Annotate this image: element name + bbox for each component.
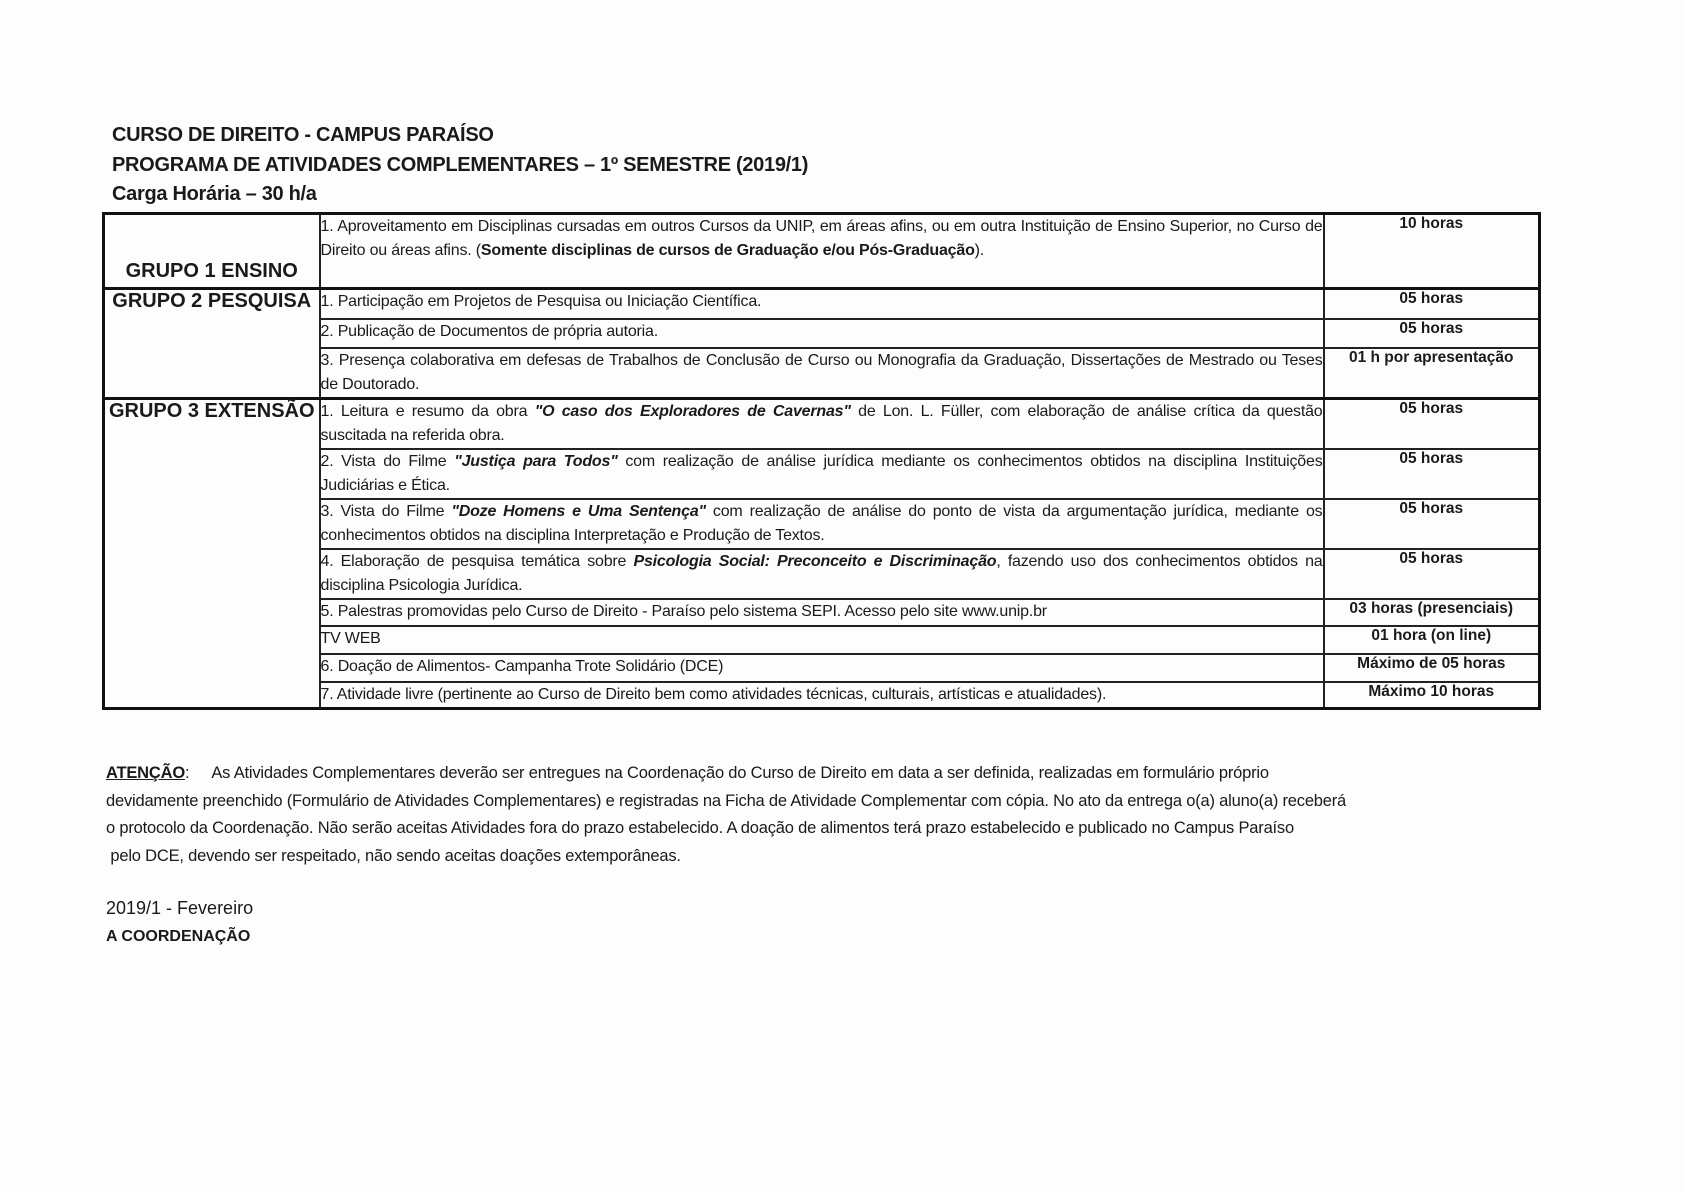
activity-desc: 1. Leitura e resumo da obra "O caso dos … bbox=[320, 398, 1324, 449]
notice-line: devidamente preenchido (Formulário de At… bbox=[106, 788, 1486, 816]
table-row: 7. Atividade livre (pertinente ao Curso … bbox=[104, 682, 1540, 709]
workload-title: Carga Horária – 30 h/a bbox=[112, 183, 317, 206]
table-row: 2. Vista do Filme "Justiça para Todos" c… bbox=[104, 449, 1540, 499]
activity-hours: Máximo 10 horas bbox=[1324, 682, 1540, 709]
activity-hours: 05 horas bbox=[1324, 549, 1540, 599]
group-3-label: GRUPO 3 EXTENSÃO bbox=[104, 398, 320, 709]
document-date: 2019/1 - Fevereiro bbox=[106, 898, 253, 919]
table-row: 5. Palestras promovidas pelo Curso de Di… bbox=[104, 599, 1540, 626]
activity-hours: 01 hora (on line) bbox=[1324, 626, 1540, 654]
signature: A COORDENAÇÃO bbox=[106, 928, 250, 946]
activity-desc: 2. Publicação de Documentos de própria a… bbox=[320, 319, 1324, 348]
activity-hours: 05 horas bbox=[1324, 499, 1540, 549]
notice-line: pelo DCE, devendo ser respeitado, não se… bbox=[106, 843, 1486, 871]
activity-desc: 7. Atividade livre (pertinente ao Curso … bbox=[320, 682, 1324, 709]
activity-desc: 6. Doação de Alimentos- Campanha Trote S… bbox=[320, 654, 1324, 682]
notice-label: ATENÇÃO bbox=[106, 764, 185, 782]
activity-hours: 05 horas bbox=[1324, 398, 1540, 449]
notice-paragraph: ATENÇÃO:As Atividades Complementares dev… bbox=[106, 760, 1486, 870]
activity-desc: 2. Vista do Filme "Justiça para Todos" c… bbox=[320, 449, 1324, 499]
activity-desc: TV WEB bbox=[320, 626, 1324, 654]
table-row: 3. Vista do Filme "Doze Homens e Uma Sen… bbox=[104, 499, 1540, 549]
course-title: CURSO DE DIREITO - CAMPUS PARAÍSO bbox=[112, 124, 494, 147]
activity-desc: 1. Participação em Projetos de Pesquisa … bbox=[320, 289, 1324, 319]
activity-hours: 05 horas bbox=[1324, 289, 1540, 319]
table-row: 3. Presença colaborativa em defesas de T… bbox=[104, 348, 1540, 399]
activity-hours: 03 horas (presenciais) bbox=[1324, 599, 1540, 626]
activity-hours: 05 horas bbox=[1324, 449, 1540, 499]
activity-desc: 5. Palestras promovidas pelo Curso de Di… bbox=[320, 599, 1324, 626]
notice-line: ATENÇÃO:As Atividades Complementares dev… bbox=[106, 760, 1486, 788]
program-title: PROGRAMA DE ATIVIDADES COMPLEMENTARES – … bbox=[112, 154, 808, 177]
activity-desc: 3. Presença colaborativa em defesas de T… bbox=[320, 348, 1324, 399]
table-row: GRUPO 1 ENSINO 1. Aproveitamento em Disc… bbox=[104, 214, 1540, 289]
activity-desc: 3. Vista do Filme "Doze Homens e Uma Sen… bbox=[320, 499, 1324, 549]
table-row: GRUPO 3 EXTENSÃO 1. Leitura e resumo da … bbox=[104, 398, 1540, 449]
activity-hours: 01 h por apresentação bbox=[1324, 348, 1540, 399]
table-row: 2. Publicação de Documentos de própria a… bbox=[104, 319, 1540, 348]
notice-line: o protocolo da Coordenação. Não serão ac… bbox=[106, 815, 1486, 843]
table-row: 6. Doação de Alimentos- Campanha Trote S… bbox=[104, 654, 1540, 682]
activity-hours: Máximo de 05 horas bbox=[1324, 654, 1540, 682]
activities-table: GRUPO 1 ENSINO 1. Aproveitamento em Disc… bbox=[102, 212, 1541, 710]
table-row: TV WEB 01 hora (on line) bbox=[104, 626, 1540, 654]
group-1-label: GRUPO 1 ENSINO bbox=[104, 214, 320, 289]
table-row: 4. Elaboração de pesquisa temática sobre… bbox=[104, 549, 1540, 599]
activity-desc: 4. Elaboração de pesquisa temática sobre… bbox=[320, 549, 1324, 599]
activity-desc: 1. Aproveitamento em Disciplinas cursada… bbox=[320, 214, 1324, 289]
activity-hours: 10 horas bbox=[1324, 214, 1540, 289]
table-row: GRUPO 2 PESQUISA 1. Participação em Proj… bbox=[104, 289, 1540, 319]
group-2-label: GRUPO 2 PESQUISA bbox=[104, 289, 320, 399]
activity-hours: 05 horas bbox=[1324, 319, 1540, 348]
